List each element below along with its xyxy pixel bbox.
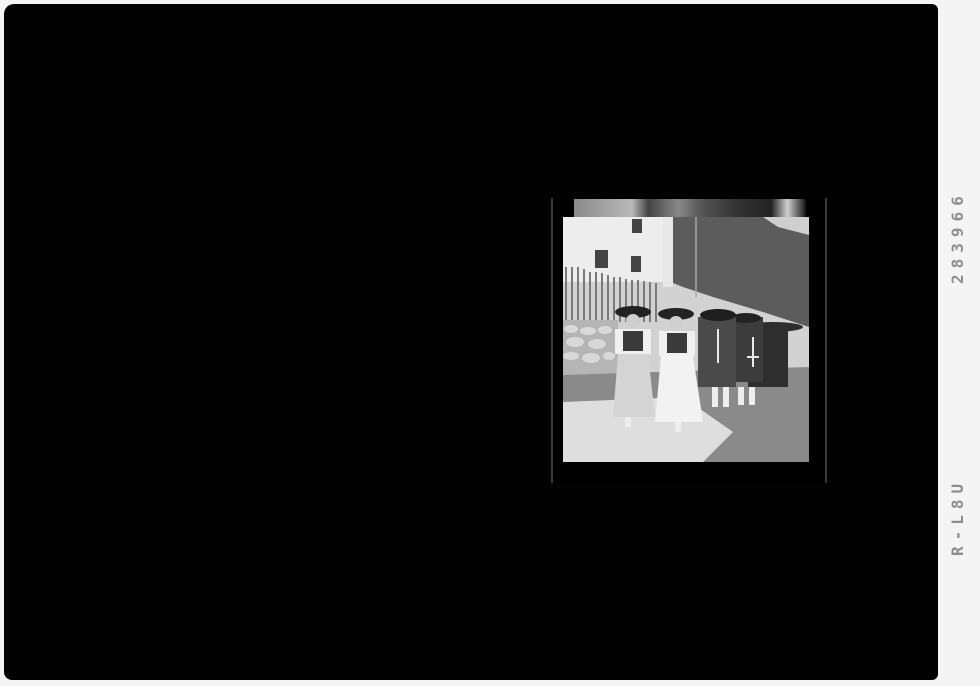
adjacent-frame-strip (574, 199, 806, 217)
archive-code-label: R-L8U (948, 478, 967, 556)
frame-edge-right (825, 198, 827, 483)
negative-number-label: 283966 (948, 190, 967, 284)
frame-edge-left (551, 198, 553, 483)
photo-illustration (563, 217, 809, 462)
procession-photo (563, 217, 809, 462)
